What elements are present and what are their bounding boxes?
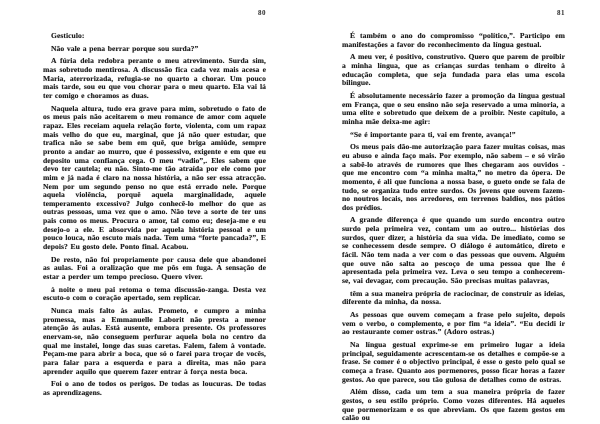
paragraph: Além disso, cada um tem a sua maneira pr… bbox=[342, 388, 565, 423]
paragraph: Nunca mais falto às aulas. Prometo, e cu… bbox=[43, 307, 266, 376]
paragraph: Os meus pais dão-me autorização para faz… bbox=[342, 143, 565, 212]
paragraph: É absolutamente necessário fazer a promo… bbox=[342, 92, 565, 127]
paragraph: Não vale a pena berrar porque sou surda?… bbox=[43, 45, 266, 54]
paragraph: As pessoas que ouvem começam a frase pel… bbox=[342, 311, 565, 337]
right-page-number: 81 bbox=[342, 9, 565, 19]
left-page-text: Gesticulo:Não vale a pena berrar porque … bbox=[43, 32, 266, 398]
paragraph: Foi o ano de todos os perigos. De todas … bbox=[43, 380, 266, 397]
left-page: 80 Gesticulo:Não vale a pena berrar porq… bbox=[43, 9, 266, 402]
paragraph: A meu ver, é positivo, construtivo. Quer… bbox=[342, 53, 565, 88]
paragraph: Na língua gestual exprime-se em primeiro… bbox=[342, 341, 565, 384]
paragraph: “Se é importante para ti, vai em frente,… bbox=[342, 131, 565, 140]
paragraph: têm a sua maneira própria de raciocinar,… bbox=[342, 290, 565, 307]
book-spread: 80 Gesticulo:Não vale a pena berrar porq… bbox=[0, 0, 600, 424]
paragraph: Gesticulo: bbox=[43, 32, 266, 41]
right-page-text: É também o ano do compromisso “político,… bbox=[342, 32, 565, 423]
right-page: 81 É também o ano do compromisso “políti… bbox=[342, 9, 565, 424]
paragraph: De resto, não foi propriamente por causa… bbox=[43, 256, 266, 282]
paragraph: A grande diferença é que quando um surdo… bbox=[342, 216, 565, 285]
paragraph: Naquela altura, tudo era grave para mim,… bbox=[43, 105, 266, 252]
paragraph: É também o ano do compromisso “político,… bbox=[342, 32, 565, 49]
paragraph: A fúria dela redobra perante o meu atrev… bbox=[43, 57, 266, 100]
paragraph: à noite o meu pai retoma o tema discussã… bbox=[43, 286, 266, 303]
left-page-number: 80 bbox=[43, 9, 266, 19]
